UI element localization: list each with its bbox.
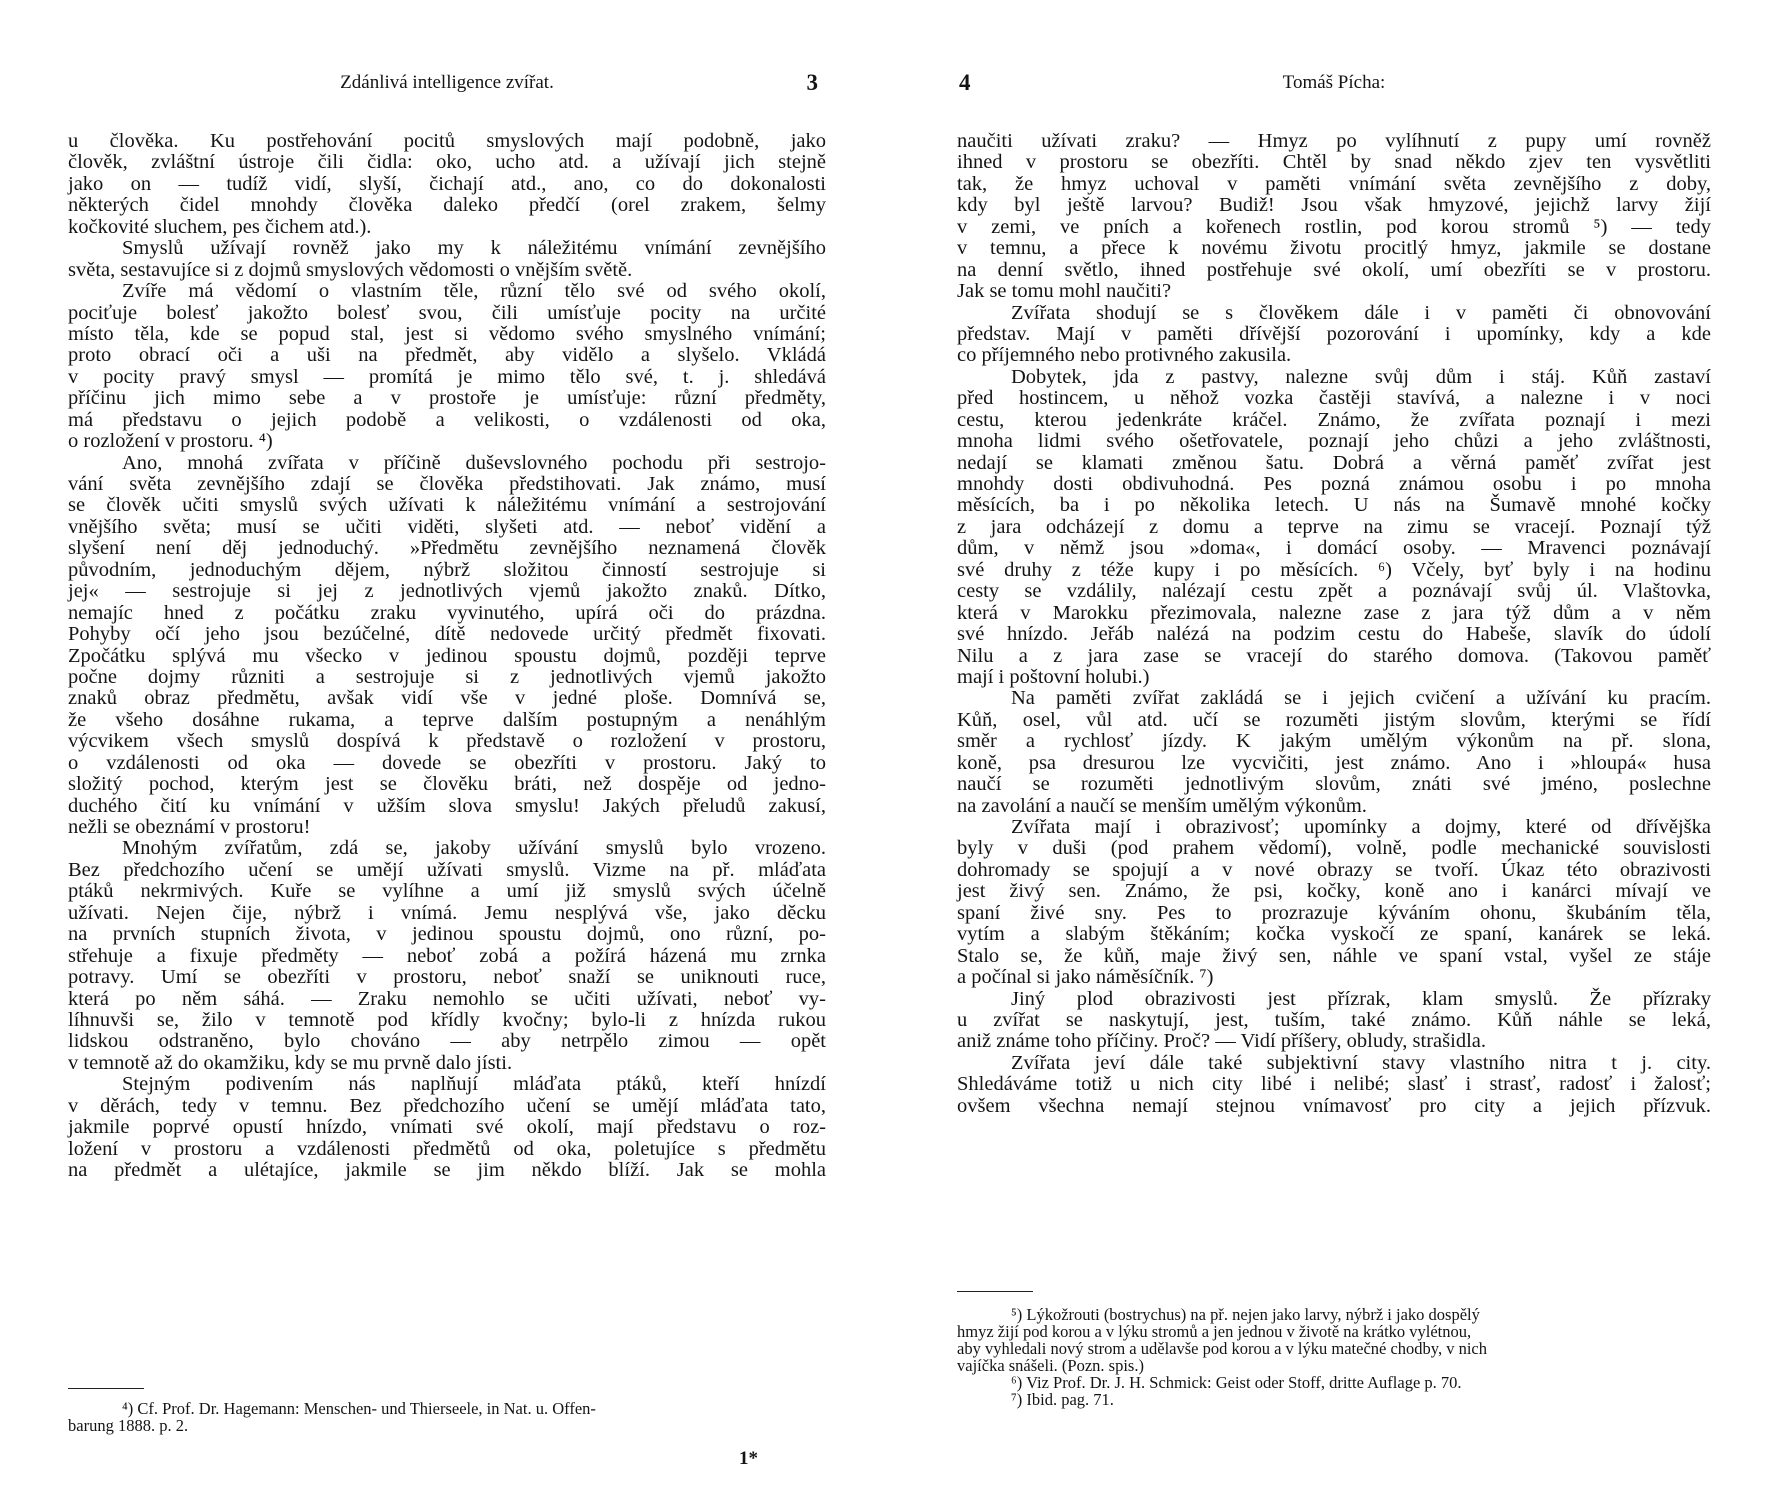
text-line: tak, že hmyz uchoval v paměti vnímání sv… (957, 174, 1711, 195)
text-line: počne dojmy různiti a sestrojuje si z je… (68, 667, 826, 688)
footnotes: ⁴) Cf. Prof. Dr. Hagemann: Menschen- und… (68, 1400, 826, 1434)
text-line: znaků obraz předmětu, avšak vidí vše v j… (68, 688, 826, 709)
text-line: slyšení není děj jednoduchý. »Předmětu z… (68, 538, 826, 559)
text-line: pociťuje bolesť jakožto bolesť svou, čil… (68, 303, 826, 324)
text-line: Jak se tomu mohl naučiti? (957, 281, 1711, 302)
text-line: dohromady se spojují a v nové obrazy se … (957, 860, 1711, 881)
text-line: Shledáváme totiž u nich city libé i neli… (957, 1074, 1711, 1095)
text-line: ptáků nekrmivých. Kuře se vylíhne a umí … (68, 881, 826, 902)
body-text: u člověka. Ku postřehování pocitů smyslo… (68, 131, 826, 1181)
text-line: na zavolání a naučí se menším umělým výk… (957, 796, 1711, 817)
text-line: jakmile poprvé opustí hnízdo, vnímati sv… (68, 1117, 826, 1138)
text-line: Na paměti zvířat zakládá se i jejich cvi… (957, 688, 1711, 709)
text-line: jako on — tudíž vidí, slyší, čichají atd… (68, 174, 826, 195)
text-line: koně, psa dresurou lze vycvičiti, jest z… (957, 753, 1711, 774)
text-line: se člověk učiti smyslů svých užívati k n… (68, 495, 826, 516)
text-line: mají i poštovní holubi.) (957, 667, 1711, 688)
footnote-rule (957, 1291, 1033, 1292)
text-line: Stejným podivením nás naplňují mláďata p… (68, 1074, 826, 1095)
text-line: líhnuvši se, žilo v temnotě pod křídly k… (68, 1010, 826, 1031)
footnote-line: vajíčka snášeli. (Pozn. spis.) (957, 1357, 1711, 1374)
text-line: v děrách, tedy v temnu. Bez předchozího … (68, 1096, 826, 1117)
text-line: některých čidel mnohdy člověka daleko př… (68, 195, 826, 216)
footnote-line: ⁴) Cf. Prof. Dr. Hagemann: Menschen- und… (68, 1400, 826, 1417)
text-line: má představu o jejich podobě a velikosti… (68, 410, 826, 431)
running-head: Zdánlivá intelligence zvířat. 3 (68, 70, 826, 98)
text-line: proto obrací oči a uši na předmět, aby v… (68, 345, 826, 366)
body-text: naučiti užívati zraku? — Hmyz po vylíhnu… (957, 131, 1711, 1117)
text-line: ihned v prostoru se obezříti. Chtěl by s… (957, 152, 1711, 173)
footnote-line: aby vyhledali nový strom a udělavše pod … (957, 1340, 1711, 1357)
text-line: cestu, kterou jedenkráte kráčel. Známo, … (957, 410, 1711, 431)
text-line: příčinu jich mimo sebe a v prostoře je u… (68, 388, 826, 409)
text-line: Kůň, osel, vůl atd. učí se rozuměti jist… (957, 710, 1711, 731)
text-line: Ano, mnohá zvířata v příčině duševslovné… (68, 453, 826, 474)
text-line: z jara odcházejí z domu a teprve na zimu… (957, 517, 1711, 538)
text-line: na prvních stupních života, v jedinou sp… (68, 924, 826, 945)
text-line: Smyslů užívají rovněž jako my k náležité… (68, 238, 826, 259)
text-line: že všeho dosáhne rukama, a teprve dalším… (68, 710, 826, 731)
text-line: nežli se obeznámí v prostoru! (68, 817, 826, 838)
text-line: před hostincem, u něhož vozka častěji st… (957, 388, 1711, 409)
text-line: Jiný plod obrazivosti jest přízrak, klam… (957, 989, 1711, 1010)
text-line: byly v duši (pod prahem vědomí), volně, … (957, 838, 1711, 859)
text-line: v temnotě až do okamžiku, kdy se mu prvn… (68, 1053, 826, 1074)
text-line: v pocity pravý smysl — promítá je mimo t… (68, 367, 826, 388)
text-line: aniž známe toho příčiny. Proč? — Vidí př… (957, 1031, 1711, 1052)
text-line: Bez předchozího učení se umějí užívati s… (68, 860, 826, 881)
footnote-line: ⁵) Lýkožrouti (bostrychus) na př. nejen … (957, 1306, 1711, 1323)
signature-mark: 1* (739, 1448, 758, 1470)
text-line: spaní živé sny. Pes to prozrazuje kývání… (957, 903, 1711, 924)
text-line: původním, jednoduchým dějem, nýbrž složi… (68, 560, 826, 581)
text-line: střehuje a fixuje předměty — neboť zobá … (68, 946, 826, 967)
text-line: své hnízdo. Jeřáb nalézá na podzim cestu… (957, 624, 1711, 645)
footnotes: ⁵) Lýkožrouti (bostrychus) na př. nejen … (957, 1306, 1711, 1408)
text-line: vytím a slabým štěkáním; kočka vyskočí z… (957, 924, 1711, 945)
text-line: představ. Mají v paměti dřívější pozorov… (957, 324, 1711, 345)
text-line: duchého čití ku vnímání v užším slova sm… (68, 796, 826, 817)
text-line: co příjemného nebo protivného zakusila. (957, 345, 1711, 366)
text-line: nedají se klamati změnou šatu. Dobrá a v… (957, 453, 1711, 474)
text-line: složitý pochod, kterým jest se člověku b… (68, 774, 826, 795)
text-line: Stalo se, že kůň, maje živý sen, náhle v… (957, 946, 1711, 967)
text-line: Dobytek, jda z pastvy, nalezne svůj dům … (957, 367, 1711, 388)
text-line: u člověka. Ku postřehování pocitů smyslo… (68, 131, 826, 152)
footnote-line: ⁷) Ibid. pag. 71. (957, 1391, 1711, 1408)
text-line: na denní světlo, ihned postřehuje své ok… (957, 260, 1711, 281)
running-title: Zdánlivá intelligence zvířat. (68, 72, 826, 94)
text-line: světa, sestavujíce si z dojmů smyslových… (68, 260, 826, 281)
text-line: směr a rychlosť jízdy. K jakým umělým vý… (957, 731, 1711, 752)
text-line: která po něm sáhá. — Zraku nemohlo se uč… (68, 989, 826, 1010)
text-line: cesty se vzdálily, nalézají cestu zpět a… (957, 581, 1711, 602)
footnote-rule (68, 1388, 144, 1389)
text-line: v temnu, a přece k novému životu procitl… (957, 238, 1711, 259)
left-page: Zdánlivá intelligence zvířat. 3 u člověk… (68, 0, 826, 1500)
text-line: potravy. Umí se obezříti v prostoru, neb… (68, 967, 826, 988)
text-line: Zvířata jeví dále také subjektivní stavy… (957, 1053, 1711, 1074)
text-line: člověk, zvláštní ústroje čili čidla: oko… (68, 152, 826, 173)
text-line: v zemi, ve pních a kořenech rostlin, pod… (957, 217, 1711, 238)
text-line: Mnohým zvířatům, zdá se, jakoby užívání … (68, 838, 826, 859)
text-line: své druhy z téže kupy i po měsících. ⁶) … (957, 560, 1711, 581)
text-line: o rozložení v prostoru. ⁴) (68, 431, 826, 452)
text-line: o vzdálenosti od oka — dovede se obezřít… (68, 753, 826, 774)
text-line: nemajíc hned z počátku zraku vyvinutého,… (68, 603, 826, 624)
footnote-line: ⁶) Viz Prof. Dr. J. H. Schmick: Geist od… (957, 1374, 1711, 1391)
text-line: mnohdy dosti obdivuhodná. Pes pozná znám… (957, 474, 1711, 495)
text-line: výcvikem všech smyslů dospívá k představ… (68, 731, 826, 752)
running-head: 4 Tomáš Pícha: (957, 70, 1711, 98)
text-line: jest živý sen. Známo, že psi, kočky, kon… (957, 881, 1711, 902)
footnote-line: barung 1888. p. 2. (68, 1417, 826, 1434)
right-page: 4 Tomáš Pícha: naučiti užívati zraku? — … (957, 0, 1711, 1500)
text-line: Zvířata shodují se s člověkem dále i v p… (957, 303, 1711, 324)
text-line: u zvířat se naskytují, jest, tuším, také… (957, 1010, 1711, 1031)
running-title: Tomáš Pícha: (957, 72, 1711, 94)
text-line: lidskou odstraněno, bylo chováno — aby n… (68, 1031, 826, 1052)
text-line: Zpočátku splývá mu všecko v jedinou spou… (68, 646, 826, 667)
text-line: měsících, ba i po několika letech. U nás… (957, 495, 1711, 516)
text-line: kočkovité sluchem, pes čichem atd.). (68, 217, 826, 238)
text-line: dům, v němž jsou »doma«, i domácí osoby.… (957, 538, 1711, 559)
text-line: Pohyby očí jeho jsou bezúčelné, dítě ned… (68, 624, 826, 645)
text-line: místo těla, kde se popud stal, jest si v… (68, 324, 826, 345)
text-line: mnoha lidmi svého ošetřovatele, poznají … (957, 431, 1711, 452)
text-line: naučiti užívati zraku? — Hmyz po vylíhnu… (957, 131, 1711, 152)
text-line: vnějšího světa; musí se učiti viděti, sl… (68, 517, 826, 538)
text-line: jej« — sestrojuje si jej z jednotlivých … (68, 581, 826, 602)
text-line: kdy byl ještě larvou? Budiž! Jsou však h… (957, 195, 1711, 216)
text-line: na předmět a ulétajíce, jakmile se jim n… (68, 1160, 826, 1181)
text-line: která v Marokku přezimovala, nalezne zas… (957, 603, 1711, 624)
text-line: užívati. Nejen čije, nýbrž i vnímá. Jemu… (68, 903, 826, 924)
text-line: Zvíře má vědomí o vlastním těle, různí t… (68, 281, 826, 302)
text-line: Nilu a z jara zase se vracejí do starého… (957, 646, 1711, 667)
text-line: Zvířata mají i obrazivosť; upomínky a do… (957, 817, 1711, 838)
text-line: a počínal si jako náměsíčník. ⁷) (957, 967, 1711, 988)
footnote-line: hmyz žijí pod korou a v lýku stromů a je… (957, 1323, 1711, 1340)
text-line: vání světa zevnějšího zdají se člověka p… (68, 474, 826, 495)
text-line: naučí se rozuměti jednotlivým slovům, zn… (957, 774, 1711, 795)
text-line: ovšem všechna nemají stejnou vnímavosť p… (957, 1096, 1711, 1117)
text-line: ložení v prostoru a vzdálenosti předmětů… (68, 1139, 826, 1160)
page-number: 3 (807, 70, 819, 96)
